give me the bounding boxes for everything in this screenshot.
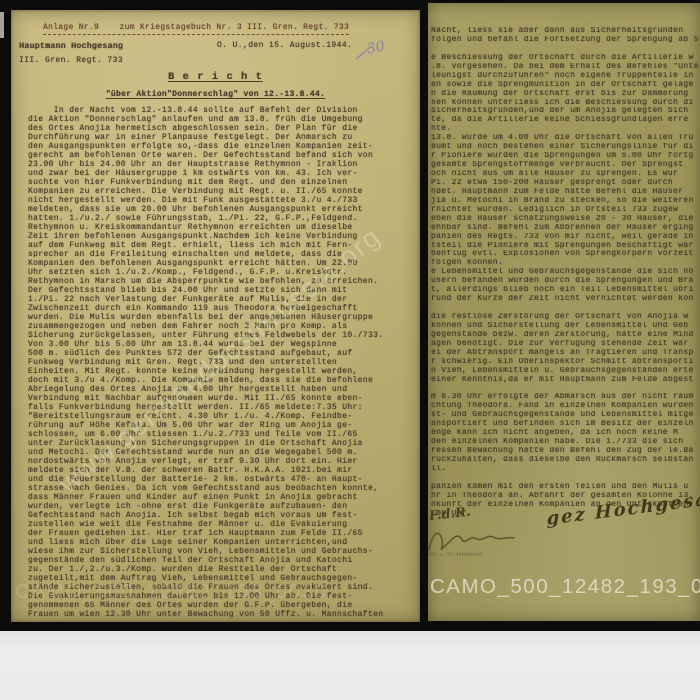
text-line: ansportiert und befinden sich im Besitz …: [431, 420, 700, 429]
text-line: Von 3.00 Uhr bis 5.00 Uhr am 13.8.44 wur…: [28, 340, 416, 349]
text-line: r Pioniere wurden die Sprengungen um 5.0…: [431, 152, 700, 161]
text-line: gerecht am befohlenen Orte waren. Der Ge…: [28, 151, 416, 160]
text-line: und liess mich über die Lage seiner Komp…: [28, 538, 416, 547]
text-line: chtung Theodora. Fand in einzelnen Kompa…: [431, 402, 700, 411]
text-line: können und Sicherstellung der Lebensmitt…: [431, 322, 700, 331]
text-line: äumt und noch bestehen einer Sicherungsl…: [431, 143, 700, 152]
text-line: die restlose Zerstörung der Ortschaft vo…: [431, 313, 700, 322]
text-line: wurden, verlegte ich -ohne erst die Funk…: [28, 502, 416, 511]
author-line: Hauptmann Hochgesang: [19, 42, 123, 51]
text-line: Pi. 22 etwa 150-200 Häuser gesprengt ode…: [431, 179, 700, 188]
text-line: och nicht aus um alle Häuser zu sprengen…: [431, 170, 700, 179]
text-line: "Bereitstellungsraum erreicht. 4.30 Uhr …: [28, 412, 416, 421]
anlage-header-line: Anlage Nr.9 zum Kriegstagebuch Nr. 3 III…: [43, 23, 349, 35]
text-line: einer Kenntnis,da er mit Hauptmann zum F…: [431, 376, 700, 385]
scanner-background-strip: [0, 631, 700, 700]
text-line: Der Gefechtsstand blieb bis 24.00 Uhr un…: [28, 286, 416, 295]
text-line: falls Funkverbindung hergestellt werden.…: [28, 403, 416, 412]
text-line: hatten. 1./u.2./ sowie Führungsstab, 1./…: [28, 214, 416, 223]
text-line: zustellen wie weit die Festnahme der Män…: [28, 520, 416, 529]
text-line: nicht hergestellt werden. Die mit Funk a…: [28, 196, 416, 205]
text-line: folgen und befahl die Fortsetzung der Sp…: [431, 36, 700, 45]
text-line: hte.: [431, 125, 700, 134]
text-line: rührung auf Höhe Kefala. Um 5.00 Uhr war…: [28, 421, 416, 430]
text-line: nordostwärts von Anojia verlegt, er traf…: [28, 457, 416, 466]
text-line: ehnbar sind. Befehl zum Abbrennen der Hä…: [431, 224, 700, 233]
text-line: panien kamen mit den ersten Teilen und d…: [431, 483, 700, 492]
report-title: B e r i c h t: [11, 71, 420, 83]
text-line: leunigst durchzuführen" noch eigene Trup…: [431, 72, 700, 81]
text-line: [431, 304, 700, 313]
text-line: und die Feuerstellung der Batterie- 2 km…: [28, 475, 416, 484]
stamp-text-line: ann u. St.-feldwebel: [428, 552, 483, 558]
text-line: In der Nacht vom 12.-13.8.44 sollte auf …: [28, 106, 416, 115]
text-line: [431, 474, 700, 483]
text-line: zusammengezogen und neben dem Fahrer noc…: [28, 322, 416, 331]
text-line: ndet. Hauptmann zum Felde hatte Befehl d…: [431, 188, 700, 197]
text-line: ll.: [431, 465, 700, 474]
text-line: sprecher an die Freileitung einschalten …: [28, 250, 416, 259]
text-line: der Frauen gediehen ist. Hier traf ich H…: [28, 529, 416, 538]
text-line: Verbindung mit Nachbar aufgenommen wurde…: [28, 394, 416, 403]
text-line: 13.8. wurde um 4.00 Uhr die Ortschaft vo…: [431, 134, 700, 143]
text-line: st- und Gebrauchsgegenstände und Lebensm…: [431, 411, 700, 420]
text-line: Gefechtsstand nach Anojia. Ich selbst be…: [28, 511, 416, 520]
text-line: Funkweg Verbindung mit Gren. Regt. 733 u…: [28, 358, 416, 367]
scan-edge-artifact: [0, 12, 4, 38]
text-line: jia u. Metochi in Brand zu stecken, so d…: [431, 197, 700, 206]
text-line: Uhr setzten sich 1./u.2./Komp., Feldgend…: [28, 268, 416, 277]
text-line: ei der Abtransport mangels an Tragtieren…: [431, 349, 700, 358]
text-line: und Metochi. Der Gefechtsstand wurde nun…: [28, 448, 416, 457]
text-line: 1./Pi. 22 nach Verlastung der Funkgeräte…: [28, 295, 416, 304]
text-line: Zeit ihren befohlenen Ausgangspunkt.Nach…: [28, 232, 416, 241]
text-line: enge kann ich nicht angeben, da ich noch…: [431, 429, 700, 438]
report-body-left: In der Nacht vom 12.-13.8.44 sollte auf …: [28, 106, 416, 619]
text-line: unter Zurücklassung von Sicherungsgruppe…: [28, 439, 416, 448]
text-line: en sowie die Sprengmunition in der Ortsc…: [431, 81, 700, 90]
archive-code-watermark-faint: CAMO_500_12482_193_0030: [15, 580, 328, 604]
text-line: Kompanien den befohlenen Ausgangspunkt e…: [28, 259, 416, 268]
text-line: te, da die Artillerie keine Schiessgrund…: [431, 116, 700, 125]
unit-line: III. Gren. Regt. 733: [19, 56, 123, 65]
text-line: strasse nach Genies. Da ich vom Gefechts…: [28, 484, 416, 493]
text-line: meldeten, dass sie um 20.00 Uhr befohlen…: [28, 205, 416, 214]
text-line: [431, 45, 700, 54]
text-line: schlossen, um 6.00 Uhr stiessen 1./u.2./…: [28, 430, 416, 439]
text-line: gegenstände den südlichen Teil der Ortsc…: [28, 556, 416, 565]
text-line: 23.00 Uhr bis 24.00 Uhr an der Hauptstra…: [28, 160, 416, 169]
text-line: tsteil die Pioniere mit Sprengungen besc…: [431, 242, 700, 251]
report-body-right: Nacht, liess sie aber dann aus Sicherhei…: [431, 27, 700, 519]
date-line: O. U.,den 15. August.1944.: [217, 41, 352, 50]
text-line: auf dem Funkweg mit dem Regt. erhielt, l…: [28, 241, 416, 250]
text-line: .8. vorgesehen. Da bei dem Erhalt des Be…: [431, 63, 700, 72]
text-line: usern befanden wurden durch die Sprengun…: [431, 277, 700, 286]
text-line: Einheiten. Mit Regt. konnte keine Verbin…: [28, 367, 416, 376]
text-line: eben die Häuser schätzungsweise 20 - 30 …: [431, 215, 700, 224]
text-line: Zwischenzeit durch ein Kommando 119 aus …: [28, 304, 416, 313]
text-line: Frauen um wien 12.30 Uhr unter Bewachung…: [28, 610, 416, 619]
text-line: n Vieh, Lebensmitteln u. Gebrauchsgegens…: [431, 367, 700, 376]
text-line: e Lebensmittel und Gebrauchsgegenstände …: [431, 268, 700, 277]
text-line: Durchführung war in einer Planpause fest…: [28, 133, 416, 142]
text-line: rückzuhalten, dass dieselbe den Rückmars…: [431, 456, 700, 465]
text-line: Abriegelung des Ortes Anojia um 4.00 Uhr…: [28, 385, 416, 394]
text-line: sen können unterliess ich die Beschiessu…: [431, 99, 700, 108]
text-line: t, allerdings blieb noch ein Teil Lebens…: [431, 286, 700, 295]
text-line: zu. Der 1./,2./u.3./Komp. wurden die Res…: [28, 565, 416, 574]
text-line: e Beschiessung der Ortschaft durch die A…: [431, 54, 700, 63]
text-line: suchte von hier Funkverbindung mit dem R…: [28, 178, 416, 187]
archive-scan-canvas: { "archive": { "watermark": "www.germand…: [0, 0, 700, 700]
text-line: [431, 385, 700, 394]
text-line: r schwierig. Ein Oberinspektor Schmitt a…: [431, 358, 700, 367]
text-line: Kompanien zu erreichen. Die Verbindung m…: [28, 187, 416, 196]
text-line: und zwar bei der Häusergruppe 1 km ostwä…: [28, 169, 416, 178]
text-line: 500 m. südlich des Punktes 572 der Gefec…: [28, 349, 416, 358]
text-line: des Ortes Anojia hermetisch abgeschlosse…: [28, 124, 416, 133]
text-line: wiese ihm zur Sicherstellung von Vieh, L…: [28, 547, 416, 556]
archive-code-label: CAMO_500_12482_193_0031: [430, 575, 700, 599]
text-line: benflug evtl. Explosionen von Sprengkörp…: [431, 250, 700, 259]
text-line: dass Männer Frauen und Kinder auf einen …: [28, 493, 416, 502]
text-line: Rethymnon u. Kreiskommandantur Rethymnon…: [28, 223, 416, 232]
text-line: meldete sich der V.B. der schweren Battr…: [28, 466, 416, 475]
document-page-left: Anlage Nr.9 zum Kriegstagebuch Nr. 3 III…: [11, 10, 420, 622]
text-line: n die Räumung der Ortschaft erst bis zur…: [431, 90, 700, 99]
pencil-annotation: 30: [366, 38, 387, 57]
text-line: Nacht, liess sie aber dann aus Sicherhei…: [431, 27, 700, 36]
text-line: panien des Regts. 733 von mir nicht, wei…: [431, 233, 700, 242]
text-line: m 6.30 Uhr erfolgte der Abmarsch aus der…: [431, 393, 700, 402]
text-line: folgen können.: [431, 259, 700, 268]
text-line: gesamte Sprengstoffmenge verbraucht. Der…: [431, 161, 700, 170]
text-line: wurden. Die Mulis wurden ebenfalls bei d…: [28, 313, 416, 322]
text-line: rnichtet wurden. Lediglich in Ortsteil 7…: [431, 206, 700, 215]
text-line: doch mit 3./u 4./Komp.. Die Kompanie mel…: [28, 376, 416, 385]
text-line: die Aktion "Donnerschlag" anlaufen und a…: [28, 115, 416, 124]
text-line: Sicherheitsgründen,und der um Anojia gel…: [431, 107, 700, 116]
document-page-right: Nacht, liess sie aber dann aus Sicherhei…: [428, 3, 700, 621]
text-line: ressen Bewachung hatte den Befehl den Zu…: [431, 447, 700, 456]
text-line: agen benötigt. Die zur Verfügung stehend…: [431, 340, 700, 349]
text-line: den Ausgangspunkten erfolgte so,-dass di…: [28, 142, 416, 151]
text-line: gegenstände bezw. deren Zerstörung, hätt…: [431, 331, 700, 340]
text-line: den einzelnen Kompanien habe. Die 1./733…: [431, 438, 700, 447]
text-line: rund der Kürze der Zeit nicht vernichtet…: [431, 295, 700, 304]
report-subtitle: "über Aktion"Donnerschlag" von 12.-13.8.…: [11, 90, 420, 99]
text-line: Sicherung zurückgelassen, unter Führung …: [28, 331, 416, 340]
text-line: Rethymnon in Marsch um die Absperrpunkte…: [28, 277, 416, 286]
